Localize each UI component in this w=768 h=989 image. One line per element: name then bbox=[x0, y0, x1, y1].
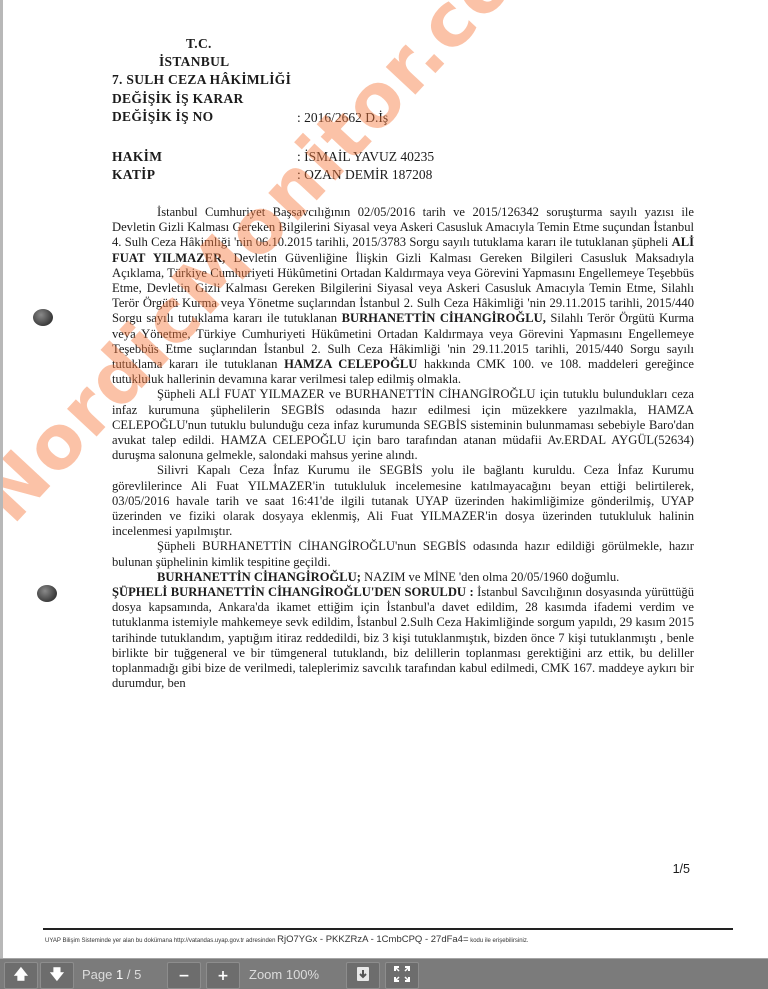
case-no-label: DEĞİŞİK İŞ NO bbox=[112, 109, 213, 125]
case-no-value: : 2016/2662 D.İş bbox=[297, 110, 388, 126]
zoom-in-button[interactable]: + bbox=[206, 962, 240, 989]
footer-divider bbox=[43, 928, 733, 930]
punch-hole bbox=[37, 585, 57, 602]
paragraph-birth: BURHANETTİN CİHANGİROĞLU; NAZIM ve MİNE … bbox=[112, 570, 694, 585]
download-icon bbox=[356, 966, 370, 986]
page-number: 1/5 bbox=[673, 862, 690, 876]
punch-hole bbox=[33, 309, 53, 326]
fullscreen-icon bbox=[394, 966, 410, 986]
header-city: İSTANBUL bbox=[159, 54, 229, 70]
suspect-name: HAMZA CELEPOĞLU bbox=[284, 357, 417, 371]
plus-icon: + bbox=[217, 968, 229, 984]
page-indicator: Page 1 / 5 bbox=[82, 967, 141, 982]
clerk-value: : OZAN DEMİR 187208 bbox=[297, 167, 432, 183]
paragraph-segbis: Şüpheli ALİ FUAT YILMAZER ve BURHANETTİN… bbox=[112, 387, 694, 463]
pdf-viewer-toolbar: 🡅 🡇 Page 1 / 5 − + Zoom 100% bbox=[0, 958, 768, 989]
suspect-name: BURHANETTİN CİHANGİROĞLU, bbox=[342, 311, 546, 325]
footer-verification: UYAP Bilişim Sisteminde yer alan bu dokü… bbox=[45, 934, 745, 945]
zoom-out-button[interactable]: − bbox=[167, 962, 201, 989]
header-tc: T.C. bbox=[186, 36, 212, 52]
zoom-level: Zoom 100% bbox=[249, 967, 319, 982]
document-page: T.C. İSTANBUL 7. SULH CEZA HÂKİMLİĞİ DEĞ… bbox=[3, 0, 768, 958]
paragraph-statement: ŞÜPHELİ BURHANETTİN CİHANGİROĞLU'DEN SOR… bbox=[112, 585, 694, 691]
fullscreen-button[interactable] bbox=[385, 962, 419, 989]
arrow-up-icon: 🡅 bbox=[14, 964, 28, 988]
judge-label: HAKİM bbox=[112, 149, 162, 165]
total-pages: 5 bbox=[134, 967, 141, 982]
verification-code: RjO7YGx - PKKZRzA - 1CmbCPQ - 27dFa4= bbox=[277, 934, 468, 945]
document-body: İstanbul Cumhuriyet Başsavcılığının 02/0… bbox=[112, 205, 694, 692]
minus-icon: − bbox=[178, 968, 190, 984]
next-page-button[interactable]: 🡇 bbox=[40, 962, 74, 989]
download-button[interactable] bbox=[346, 962, 380, 989]
paragraph-connection: Silivri Kapalı Ceza İnfaz Kurumu ile SEG… bbox=[112, 463, 694, 539]
header-court: 7. SULH CEZA HÂKİMLİĞİ bbox=[112, 72, 291, 88]
paragraph-request: İstanbul Cumhuriyet Başsavcılığının 02/0… bbox=[112, 205, 694, 387]
paragraph-identity: Şüpheli BURHANETTİN CİHANGİROĞLU'nun SEG… bbox=[112, 539, 694, 569]
clerk-label: KATİP bbox=[112, 167, 155, 183]
previous-page-button[interactable]: 🡅 bbox=[4, 962, 38, 989]
header-decision-type: DEĞİŞİK İŞ KARAR bbox=[112, 91, 244, 107]
judge-value: : İSMAİL YAVUZ 40235 bbox=[297, 149, 434, 165]
arrow-down-icon: 🡇 bbox=[50, 964, 64, 988]
